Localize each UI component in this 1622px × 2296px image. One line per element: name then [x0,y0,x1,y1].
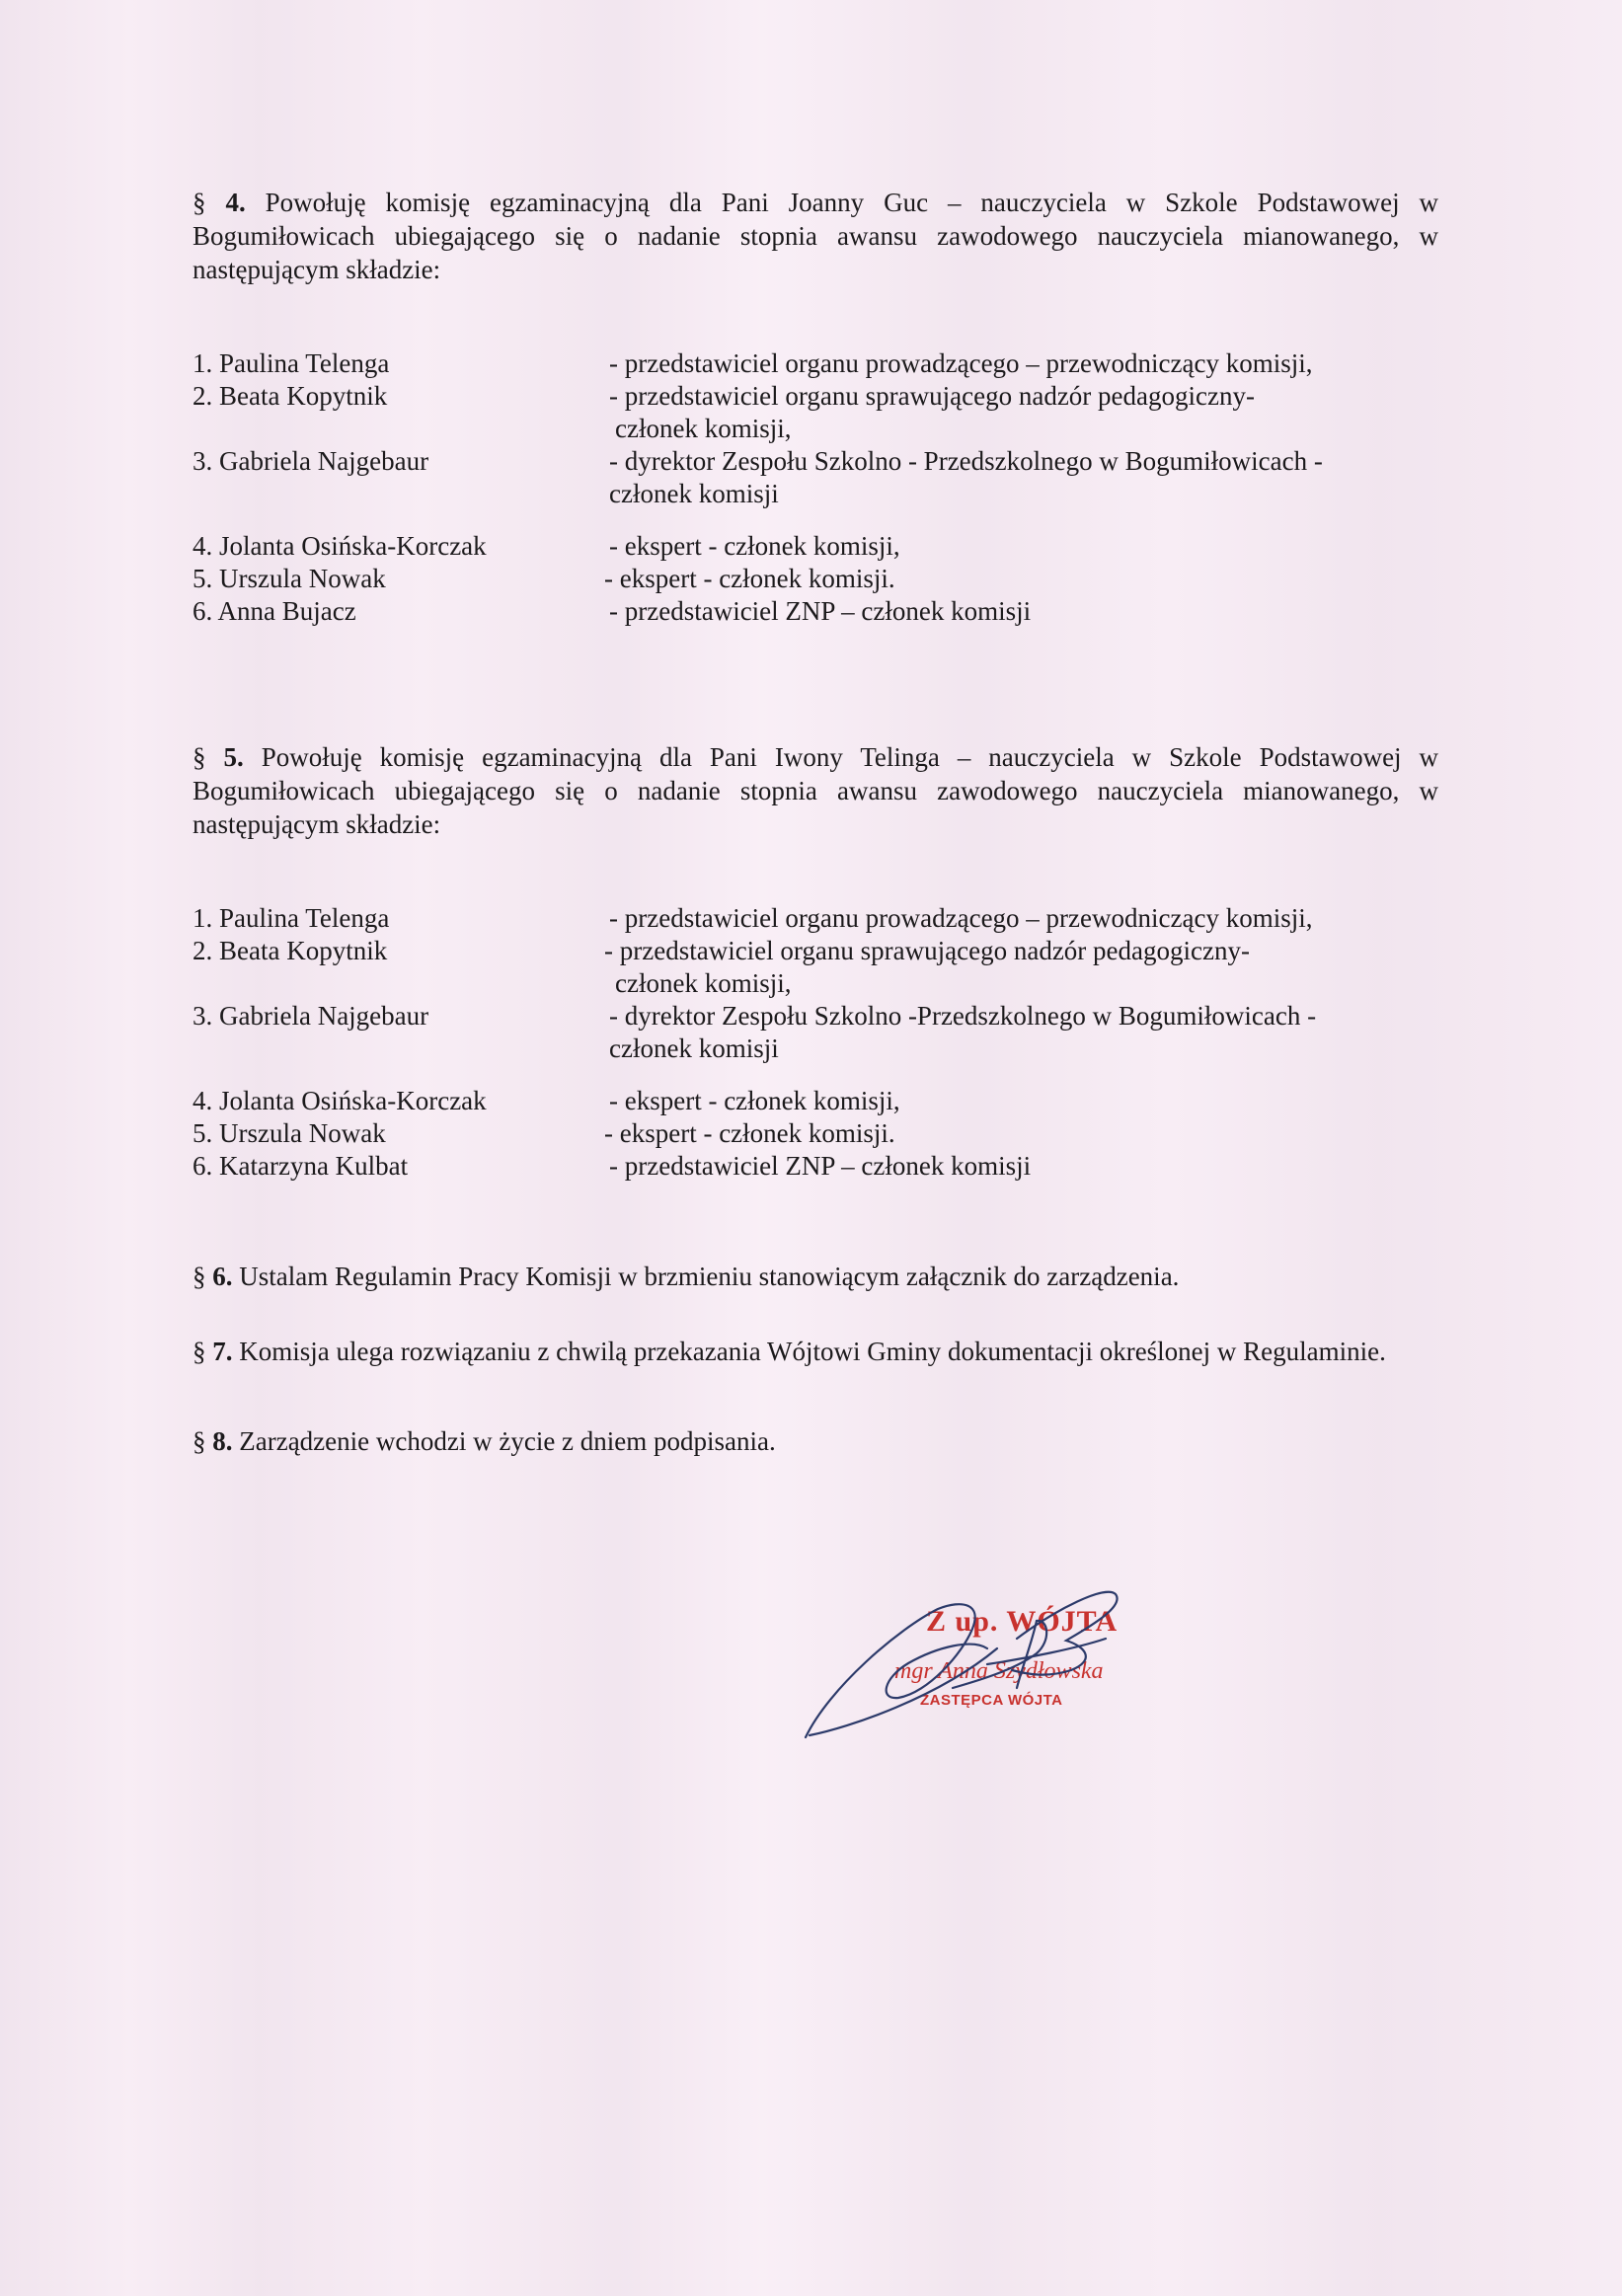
section-number: 4. [225,188,245,217]
section-text: Ustalam Regulamin Pracy Komisji w brzmie… [239,1262,1179,1291]
list-item: 5. Urszula Nowak - ekspert - członek kom… [193,1117,1476,1150]
section-number: 5. [223,742,243,772]
member-role-continued: członek komisji, [615,967,791,1000]
section-7-paragraph: § 7. Komisja ulega rozwiązaniu z chwilą … [193,1327,1438,1376]
handwritten-signature-icon [790,1569,1214,1767]
member-name: 6. Anna Bujacz [193,595,356,628]
list-item: 6. Anna Bujacz - przedstawiciel ZNP – cz… [193,595,1476,628]
section-8-paragraph: § 8. Zarządzenie wchodzi w życie z dniem… [193,1424,776,1458]
member-role: - ekspert - członek komisji. [604,1117,895,1150]
section-number: 7. [212,1337,232,1366]
list-item: 3. Gabriela Najgebaur - dyrektor Zespołu… [193,1000,1476,1033]
list-item: 1. Paulina Telenga - przedstawiciel orga… [193,902,1476,935]
member-role: - przedstawiciel organu prowadzącego – p… [609,902,1312,935]
list-item-continuation: członek komisji, [193,967,1476,1000]
member-role: - przedstawiciel organu sprawującego nad… [609,380,1255,413]
member-role: - ekspert - członek komisji. [604,563,895,595]
section-mark: § [193,742,206,772]
list-item: 5. Urszula Nowak - ekspert - członek kom… [193,563,1476,595]
member-role-continued: członek komisji [609,478,779,510]
member-role: - przedstawiciel organu sprawującego nad… [604,935,1250,967]
section-5-committee-list: 1. Paulina Telenga - przedstawiciel orga… [193,902,1476,1183]
member-name: 6. Katarzyna Kulbat [193,1150,408,1183]
member-name: 3. Gabriela Najgebaur [193,1000,428,1033]
member-role-continued: członek komisji, [615,413,791,445]
member-name: 5. Urszula Nowak [193,1117,386,1150]
member-role-continued: członek komisji [609,1033,779,1065]
list-item: 3. Gabriela Najgebaur - dyrektor Zespołu… [193,445,1476,478]
section-4-paragraph: § 4. Powołuję komisję egzaminacyjną dla … [193,186,1438,286]
member-role: - przedstawiciel ZNP – członek komisji [609,595,1031,628]
section-mark: § [193,1262,206,1291]
section-number: 8. [212,1426,232,1456]
list-item-continuation: członek komisji [193,1033,1476,1065]
member-role: - dyrektor Zespołu Szkolno -Przedszkolne… [609,1000,1316,1033]
section-mark: § [193,1426,206,1456]
list-item-continuation: członek komisji [193,478,1476,510]
section-mark: § [193,188,206,217]
member-role: - ekspert - członek komisji, [609,530,900,563]
member-name: 4. Jolanta Osińska-Korczak [193,1085,487,1117]
member-name: 2. Beata Kopytnik [193,935,387,967]
section-4-committee-list: 1. Paulina Telenga - przedstawiciel orga… [193,347,1476,628]
member-name: 5. Urszula Nowak [193,563,386,595]
official-stamp: Z up. WÓJTA mgr Anna Szydłowska ZASTĘPCA… [790,1569,1214,1767]
list-item: 2. Beata Kopytnik - przedstawiciel organ… [193,935,1476,967]
member-name: 3. Gabriela Najgebaur [193,445,428,478]
member-role: - przedstawiciel ZNP – członek komisji [609,1150,1031,1183]
section-mark: § [193,1337,206,1366]
section-text: Powołuję komisję egzaminacyjną dla Pani … [193,742,1438,839]
list-item: 4. Jolanta Osińska-Korczak - ekspert - c… [193,1085,1476,1117]
member-role: - ekspert - członek komisji, [609,1085,900,1117]
list-item: 4. Jolanta Osińska-Korczak - ekspert - c… [193,530,1476,563]
section-number: 6. [212,1262,232,1291]
list-item: 6. Katarzyna Kulbat - przedstawiciel ZNP… [193,1150,1476,1183]
member-name: 1. Paulina Telenga [193,902,389,935]
section-text: Zarządzenie wchodzi w życie z dniem podp… [239,1426,776,1456]
list-item-continuation: członek komisji, [193,413,1476,445]
member-name: 1. Paulina Telenga [193,347,389,380]
section-text: Komisja ulega rozwiązaniu z chwilą przek… [239,1337,1386,1366]
member-role: - przedstawiciel organu prowadzącego – p… [609,347,1312,380]
member-name: 4. Jolanta Osińska-Korczak [193,530,487,563]
list-item: 2. Beata Kopytnik - przedstawiciel organ… [193,380,1476,413]
section-6-paragraph: § 6. Ustalam Regulamin Pracy Komisji w b… [193,1260,1179,1293]
member-role: - dyrektor Zespołu Szkolno - Przedszkoln… [609,445,1323,478]
section-text: Powołuję komisję egzaminacyjną dla Pani … [193,188,1438,284]
member-name: 2. Beata Kopytnik [193,380,387,413]
section-5-paragraph: § 5. Powołuję komisję egzaminacyjną dla … [193,740,1438,841]
list-item: 1. Paulina Telenga - przedstawiciel orga… [193,347,1476,380]
